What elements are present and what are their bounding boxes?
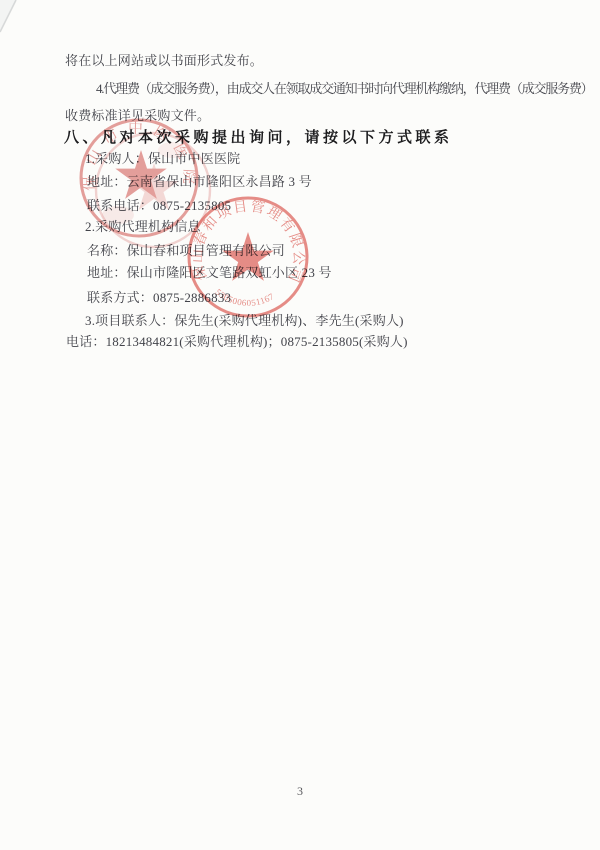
scanned-document-page: 将在以上网站或以书面形式发布。 4.代理费（成交服务费），由成交人在领取成交通知… <box>0 0 600 850</box>
purchaser-address-line: 地址：云南省保山市隆阳区永昌路 3 号 <box>87 171 312 190</box>
agency-address-line: 地址：保山市隆阳区文笔路双虹小区 23 号 <box>87 262 332 281</box>
page-number: 3 <box>0 784 600 799</box>
paragraph-publish-note: 将在以上网站或以书面形式发布。 <box>65 50 263 69</box>
agency-section-title-line: 2.采购代理机构信息 <box>85 216 201 235</box>
page-corner-fold <box>0 0 60 60</box>
project-contacts-phones-line: 电话：18213484821(采购代理机构)；0875-2135805(采购人) <box>66 331 408 350</box>
purchaser-phone-line: 联系电话：0875-2135805 <box>87 195 231 214</box>
purchaser-title-line: 1.采购人：保山市中医医院 <box>85 148 240 167</box>
paragraph-agency-fee-line1: 4.代理费（成交服务费），由成交人在领取成交通知书时向代理机构缴纳，代理费（成交… <box>96 78 592 97</box>
section-heading-contact-methods: 八、凡对本次采购提出询问，请按以下方式联系 <box>64 126 453 147</box>
paragraph-agency-fee-line2: 收费标准详见采购文件。 <box>65 105 210 124</box>
project-contacts-line: 3.项目联系人：保先生(采购代理机构)、李先生(采购人) <box>85 310 404 329</box>
agency-name-line: 名称：保山春和项目管理有限公司 <box>87 240 285 259</box>
agency-contact-line: 联系方式：0875-2886833 <box>87 287 231 306</box>
